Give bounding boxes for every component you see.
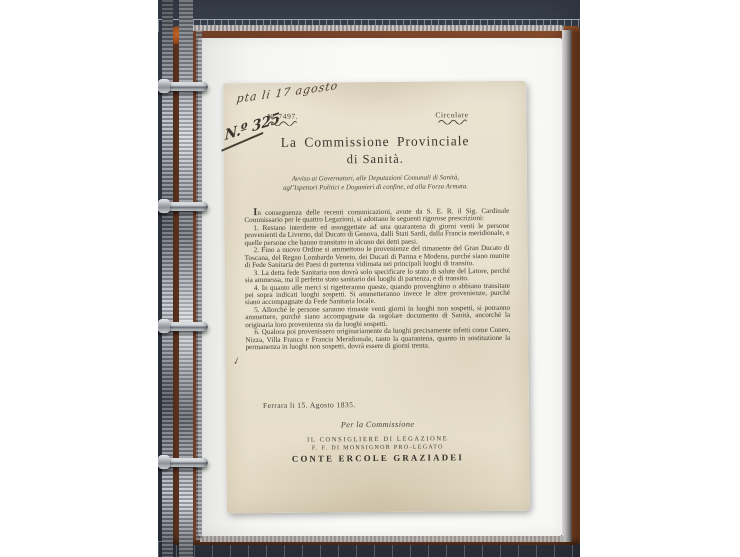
body-paragraph: 2. Fino a nuovo Ordine si ammettono le p… [245,245,510,270]
dateline: Ferrara li 15. Agosto 1835. [263,400,356,410]
body-paragraph: 6. Qualora poi provenissero originariame… [245,327,510,352]
signature-name: CONTE ERCOLE GRAZIADEI [226,452,529,465]
binder-ring [158,202,208,211]
subtitle-line2: agl’Ispettori Politici e Doganieri di co… [283,183,468,192]
sleeve-bottom-edge [200,536,564,542]
binder-ring [158,458,208,467]
document-title-line1: La Commissione Provinciale [224,133,527,152]
album-photo: pta li 17 agosto N. 7497. Circolare N.º … [158,0,580,557]
sleeve-right-edge [562,30,572,542]
circular-label-text: Circolare [435,110,468,119]
signature-role-line2: F. F. DI MONSIGNOR PRO-LEGATO [226,444,529,453]
document-subtitle: Avviso ai Governatori, alle Deputazioni … [232,174,519,194]
handwritten-receipt-note: pta li 17 agosto [236,79,339,106]
subtitle-line1: Avviso ai Governatori, alle Deputazioni … [292,174,459,182]
document-title-line2: di Sanità. [224,151,527,169]
circular-label: Circolare [435,110,468,124]
handwritten-margin-mark: ✓ [231,356,242,368]
document-body: In conseguenza delle recenti comunicazio… [244,207,510,352]
binder-ring [158,82,208,91]
sleeve-top-edge [184,25,564,31]
signature-role-line1: IL CONSIGLIERE DI LEGAZIONE [226,435,529,445]
historic-circular-document: pta li 17 agosto N. 7497. Circolare N.º … [223,81,530,514]
binder-ring [158,322,208,331]
closing-formula: Per la Commissione [226,419,529,431]
